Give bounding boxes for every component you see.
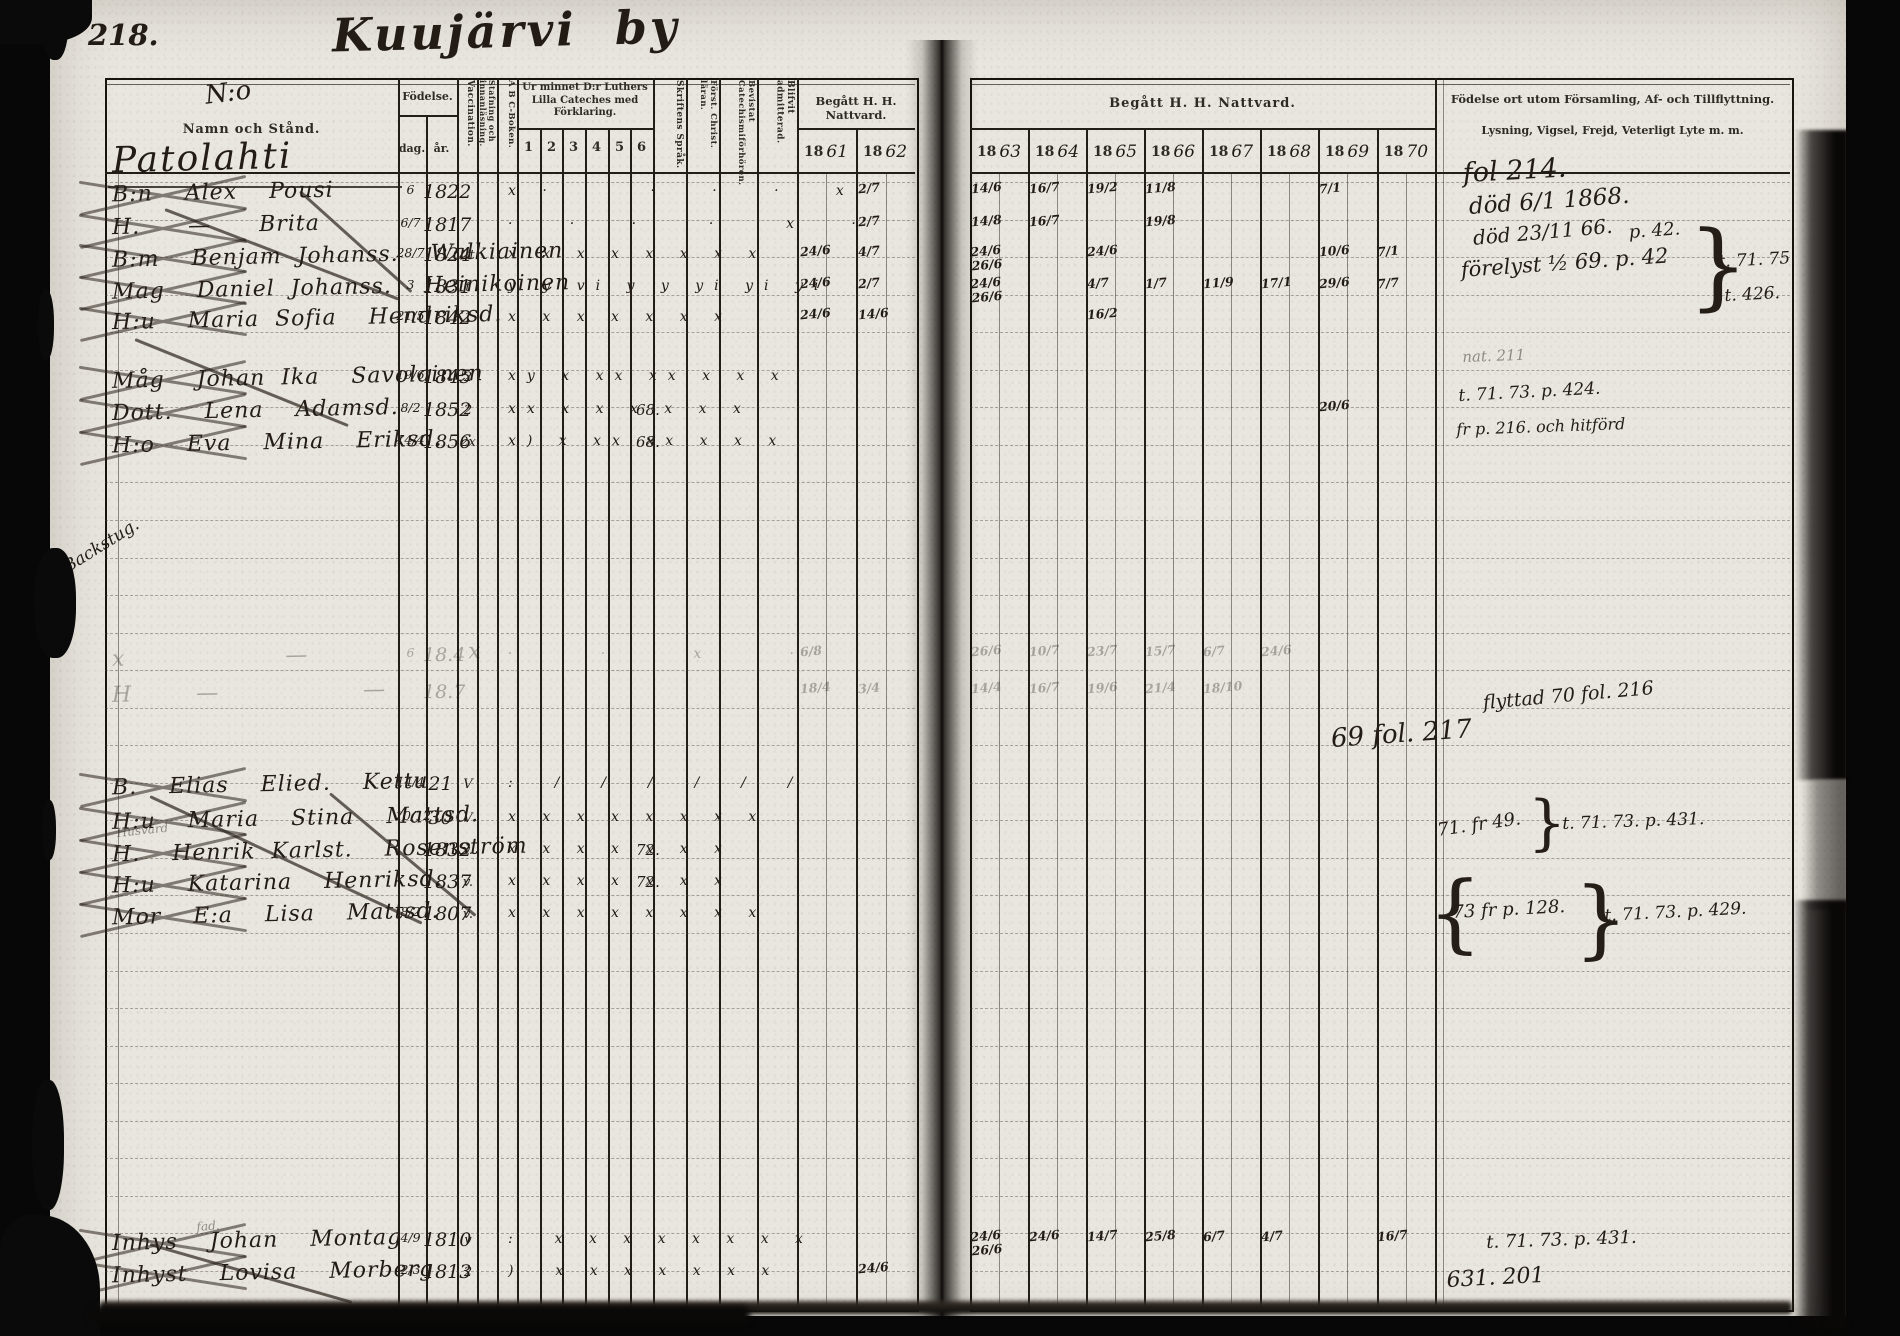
year-script-part: 63	[999, 142, 1021, 162]
margin-note: 631. 201	[1446, 1263, 1545, 1293]
communion-header-right: Begått H. H. Nattvard.	[970, 96, 1435, 111]
communion-date: 2/7	[858, 178, 915, 197]
year-printed-part: 18	[1325, 144, 1344, 160]
communion-date: 2/7	[858, 273, 915, 292]
communion-date: 16/7	[1029, 178, 1086, 197]
year-script-part: 67	[1231, 142, 1253, 162]
scripture-language-header: Skriftens Språk.	[657, 80, 684, 170]
communion-date: 17/1	[1261, 273, 1318, 292]
communion-date: 14/6	[971, 178, 1028, 197]
row-line	[105, 1121, 915, 1122]
birth-day: 19/6	[395, 369, 426, 381]
row-line	[105, 971, 915, 972]
communion-date: 18/10	[1203, 678, 1260, 697]
row-line	[970, 633, 1790, 634]
margin-note: t. 426.	[1724, 283, 1780, 306]
birth-day: 2/3	[395, 1264, 426, 1276]
cateches-col-number: 5	[608, 140, 631, 155]
communion-date: 24/6	[858, 1258, 915, 1277]
communion-date: 24/6	[1261, 641, 1318, 660]
ledger-entry-row: Mag Daniel Johanss. Heinikoinen31831ty y…	[0, 275, 1900, 309]
admitted-header: Blifvit admitterad.	[760, 80, 795, 170]
ledger-entry-row: H. Henrik Karlst. Rosenström1832v.x x x …	[0, 838, 1900, 872]
communion-date: 26/6	[971, 641, 1028, 660]
year-printed-part: 18	[1209, 144, 1228, 160]
margin-note: fol 214.	[1462, 153, 1567, 189]
birth-day: 8/2	[395, 906, 426, 918]
admitted-year: 72.	[636, 873, 660, 891]
grid-column-line	[826, 172, 827, 1306]
strike-mark	[78, 430, 248, 458]
grid-column-line	[1173, 172, 1174, 1306]
communion-date: 7/1	[1377, 241, 1434, 260]
film-edge-right	[1848, 0, 1900, 1336]
ledger-entry-row: H. — Brita6/71817· · · · x ·2/714/816/71…	[0, 213, 1900, 247]
communion-date: 20/6	[1319, 396, 1376, 415]
ledger-entry-row: Måg Johan Ika Savolainen19/618452xy x xx…	[0, 365, 1900, 399]
reading-marks: · · · · x ·	[508, 216, 867, 232]
strike-mark	[78, 1228, 248, 1256]
communion-date: 19/8	[1145, 211, 1202, 230]
birth-year: 1831	[423, 276, 458, 298]
communion-date: 7/7	[1377, 273, 1434, 292]
communion-date: 11/8	[1145, 178, 1202, 197]
birth-year: 1842	[423, 307, 458, 329]
cateches-col-number: 2	[540, 140, 563, 155]
grid-column-line	[1289, 172, 1290, 1306]
vaccination-mark: V	[458, 777, 478, 792]
communion-year-label: 1867	[1202, 134, 1260, 170]
communion-date: 24/6 26/6	[970, 241, 1028, 273]
reading-marks: ) x x x x x x x	[508, 1263, 780, 1279]
birth-day: 6	[395, 184, 426, 196]
ledger-entry-row: x — x618.4· · x ·6/826/610/723/715/76/72…	[0, 643, 1900, 677]
communion-year-label: 1861	[797, 134, 855, 170]
film-streak	[1795, 130, 1848, 780]
communion-date: 4/7	[858, 241, 915, 260]
communion-date: 24/6	[800, 273, 857, 292]
cateches-col-number: 1	[517, 140, 540, 155]
communion-date: 6/7	[1203, 641, 1260, 660]
page-number: 218.	[88, 18, 159, 52]
year-printed-part: 18	[977, 144, 996, 160]
communion-date: 14/8	[971, 211, 1028, 230]
row-line	[970, 482, 1790, 483]
vaccination-mark: 2t	[458, 248, 478, 263]
birth-day: 6	[395, 647, 426, 659]
communion-date: 15/7	[1145, 641, 1202, 660]
birth-year: 1817	[423, 214, 458, 236]
entry-name: H — —	[112, 677, 387, 708]
strike-mark	[78, 1260, 248, 1288]
margin-note: fad.	[196, 1218, 220, 1234]
birth-day: 4/9	[395, 1232, 426, 1244]
brace-mark: }	[1528, 796, 1566, 850]
birth-year: 18.7	[423, 681, 458, 703]
communion-date: 18/4	[800, 678, 857, 697]
communion-date: 14/6	[858, 304, 915, 323]
admitted-year: 68.	[636, 401, 660, 419]
margin-note: p. 42.	[1628, 218, 1681, 243]
birth-year: 1810	[423, 1229, 458, 1251]
communion-date: 24/6 26/6	[970, 273, 1028, 305]
vaccination-mark: 1	[458, 311, 478, 326]
communion-date: 11/9	[1203, 273, 1260, 292]
margin-note: nat. 211	[1462, 346, 1525, 366]
year-script-part: 62	[885, 142, 907, 162]
communion-date: 19/6	[1087, 678, 1144, 697]
birth-year-header: år.	[426, 142, 457, 155]
film-streak	[1802, 780, 1848, 910]
year-script-part: 66	[1173, 142, 1195, 162]
village-title: Kuujärvi by	[331, 0, 680, 63]
ledger-entry-row: H:o Eva Mina Eriksd.14/418562xx) x xx xx…	[0, 430, 1900, 464]
grid-column-line	[886, 172, 887, 1306]
ledger-entry-row: B. Elias Elied. Kettu14/421V: / / / / / …	[0, 772, 1900, 806]
strike-mark	[78, 838, 248, 866]
ledger-entry-row: H:u Maria Sofia Hendriksd.21/518421x x x…	[0, 306, 1900, 340]
row-line	[105, 595, 915, 596]
communion-date: 24/6	[800, 241, 857, 260]
vaccination-mark: v.	[458, 843, 478, 858]
birth-day: 14/4	[395, 776, 426, 788]
film-blotch	[32, 1080, 64, 1210]
reading-marks: : x x x x x x x x	[508, 1231, 814, 1247]
reading-marks: x · · · · x	[508, 183, 855, 199]
communion-date: 2/7	[858, 211, 915, 230]
vaccination-mark: 2x	[458, 435, 478, 450]
grid-column-line	[999, 172, 1000, 1306]
vaccination-mark: v.	[458, 907, 478, 922]
spelling-reading-header: Stafning och innanläsning.	[479, 80, 496, 170]
communion-date: 6/8	[800, 641, 857, 660]
birth-year: 30	[423, 807, 458, 829]
grid-column-line	[1057, 172, 1058, 1306]
communion-date: 16/7	[1029, 211, 1086, 230]
year-script-part: 61	[826, 142, 848, 162]
communion-date: 29/6	[1319, 273, 1376, 292]
birth-year: 1813	[423, 1261, 458, 1283]
strike-mark	[78, 213, 248, 241]
birth-year: 18.4	[423, 644, 458, 666]
communion-year-label: 1862	[856, 134, 914, 170]
communion-date: 14/4	[971, 678, 1028, 697]
birth-year: 21	[423, 773, 458, 795]
communion-date: 24/6	[1087, 241, 1144, 260]
margin-note: t. 71. 75.	[1718, 248, 1796, 272]
communion-date: 10/6	[1319, 241, 1376, 260]
communion-date: 7/1	[1319, 178, 1376, 197]
admitted-year: 72.	[636, 841, 660, 859]
reading-marks: x x x x x x x	[508, 841, 733, 857]
communion-year-label: 1870	[1377, 134, 1435, 170]
birth-day: 3	[395, 279, 426, 291]
reading-marks: x x x x x x x x	[508, 246, 767, 262]
abc-book-header: A B C-Boken.	[500, 80, 515, 170]
year-script-part: 65	[1115, 142, 1137, 162]
year-printed-part: 18	[863, 144, 882, 160]
row-line	[105, 633, 915, 634]
ledger-entry-row: Inhyst Lovisa Morberg2/318132) x x x x x…	[0, 1260, 1900, 1294]
birth-year: 1824	[423, 244, 458, 266]
row-line	[970, 971, 1790, 972]
reading-marks: : / / / / / /	[508, 775, 803, 791]
communion-date: 24/6 26/6	[970, 1226, 1028, 1258]
year-script-part: 68	[1289, 142, 1311, 162]
row-line	[105, 1083, 915, 1084]
year-script-part: 64	[1057, 142, 1079, 162]
communion-date: 16/7	[1377, 1226, 1434, 1245]
communion-date: 4/7	[1087, 273, 1144, 292]
row-line	[970, 1121, 1790, 1122]
cateches-col-number: 4	[585, 140, 608, 155]
communion-year-label: 1863	[970, 134, 1028, 170]
row-line	[105, 482, 915, 483]
catechism-header: Ur minnet D:r Luthers Lilla Cateches med…	[519, 82, 651, 120]
row-line	[970, 1008, 1790, 1009]
film-streak	[1793, 900, 1848, 1330]
christian-doctrine-header: Först. Christ. läran.	[689, 80, 717, 170]
strike-mark	[78, 902, 248, 930]
reading-marks: x x x x x x x	[508, 873, 733, 889]
birth-year: 1856	[423, 431, 458, 453]
scanned-ledger-photo: 218. Kuujärvi by N:o Namn och Stånd. Föd…	[0, 0, 1900, 1336]
strike-mark	[78, 306, 248, 334]
birth-day: 6/7	[395, 217, 426, 229]
vaccination-mark: v.	[458, 875, 478, 890]
row-line	[105, 558, 915, 559]
communion-year-label: 1864	[1028, 134, 1086, 170]
communion-date: 24/6	[1029, 1226, 1086, 1245]
birth-day: 8/2	[395, 402, 426, 414]
year-script-part: 70	[1406, 142, 1428, 162]
no-column-header: N:o	[203, 75, 253, 110]
strike-mark	[78, 398, 248, 426]
row-line	[105, 1008, 915, 1009]
row-line	[970, 1083, 1790, 1084]
strike-mark	[78, 180, 248, 208]
year-printed-part: 18	[1384, 144, 1403, 160]
birth-year: 1837	[423, 871, 458, 893]
communion-date: 14/7	[1087, 1226, 1144, 1245]
year-printed-part: 18	[1035, 144, 1054, 160]
vaccination-header: Vaccination.	[460, 80, 475, 170]
film-blotch	[38, 290, 54, 360]
row-line	[970, 1046, 1790, 1047]
reading-marks: xx x x x x x x	[508, 401, 752, 417]
vaccination-mark: 2	[458, 1265, 478, 1280]
vaccination-mark: 2	[458, 403, 478, 418]
communion-date: 19/2	[1087, 178, 1144, 197]
reading-marks: y y vi y y yi yi yi	[508, 278, 829, 294]
film-blotch	[42, 0, 68, 60]
communion-date: 10/7	[1029, 641, 1086, 660]
row-line	[970, 595, 1790, 596]
communion-date: 16/2	[1087, 304, 1144, 323]
communion-year-label: 1865	[1086, 134, 1144, 170]
birth-year: 1845	[423, 366, 458, 388]
film-blotch	[34, 548, 76, 658]
strike-mark	[78, 275, 248, 303]
film-blotch	[42, 800, 56, 860]
row-line	[105, 1196, 915, 1197]
year-printed-part: 18	[1267, 144, 1286, 160]
row-line	[970, 1196, 1790, 1197]
inner-border-line	[970, 84, 1790, 85]
communion-year-label: 1866	[1144, 134, 1202, 170]
strike-mark	[78, 365, 248, 393]
vaccination-mark: t	[458, 280, 478, 295]
birth-column-header: Födelse.	[398, 90, 457, 103]
reading-marks: x x x x x x x x	[508, 809, 767, 825]
header-bottom-line	[970, 172, 1790, 174]
row-line	[105, 1158, 915, 1159]
year-script-part: 69	[1347, 142, 1369, 162]
strike-mark	[78, 243, 248, 271]
strike-mark	[78, 772, 248, 800]
vaccination-mark: v	[458, 1233, 478, 1248]
year-printed-part: 18	[1093, 144, 1112, 160]
vaccination-mark: V	[458, 811, 478, 826]
row-line	[970, 520, 1790, 521]
row-line	[105, 745, 915, 746]
notes-column-header-line2: Lysning, Vigsel, Frejd, Veterligt Lyte m…	[1440, 124, 1785, 137]
communion-year-label: 1868	[1260, 134, 1318, 170]
communion-header-left: Begått H. H. Nattvard.	[797, 94, 915, 122]
page-bottom-shadow-dark	[90, 1306, 750, 1324]
vaccination-mark: 2	[458, 370, 478, 385]
reading-marks: · · x ·	[508, 646, 805, 662]
cateches-col-number: 6	[630, 140, 653, 155]
birth-day: 28/7	[395, 247, 426, 259]
cateches-col-number: 3	[562, 140, 585, 155]
communion-date: 21/4	[1145, 678, 1202, 697]
communion-date: 3/4	[858, 678, 915, 697]
communion-date: 24/6	[800, 304, 857, 323]
year-printed-part: 18	[804, 144, 823, 160]
attended-examinations-header: Bevistat Catechismiförhören.	[722, 80, 755, 170]
communion-date: 6/7	[1203, 1226, 1260, 1245]
birth-day: 10/12	[395, 810, 426, 822]
row-line	[105, 520, 915, 521]
communion-date: 1/7	[1145, 273, 1202, 292]
grid-column-line	[1231, 172, 1232, 1306]
grid-column-line	[118, 172, 119, 1306]
notes-column-header-line1: Födelse ort utom Församling, Af- och Til…	[1440, 92, 1785, 106]
row-line	[970, 1158, 1790, 1159]
admitted-year: 68.	[636, 433, 660, 451]
birth-year: 1822	[423, 181, 458, 203]
communion-date: 4/7	[1261, 1226, 1318, 1245]
row-line	[105, 1046, 915, 1047]
communion-date: 16/7	[1029, 678, 1086, 697]
grid-column-line	[1115, 172, 1116, 1306]
communion-date: 25/8	[1145, 1226, 1202, 1245]
birth-day-header: dag.	[398, 142, 426, 155]
birth-year: 1832	[423, 839, 458, 861]
name-column-header: Namn och Stånd.	[105, 122, 398, 137]
reading-marks: x x x x x x x x	[508, 905, 767, 921]
birth-year: 1852	[423, 399, 458, 421]
reading-marks: xy x xx xx x x x	[508, 368, 790, 384]
row-line	[970, 558, 1790, 559]
birth-day: 21/5	[395, 310, 426, 322]
communion-date: 23/7	[1087, 641, 1144, 660]
birth-day: 14/4	[395, 434, 426, 446]
reading-marks: x x x x x x x	[508, 309, 733, 325]
strike-mark	[78, 870, 248, 898]
farm-section-heading: Patolahti	[111, 136, 292, 182]
birth-year: 1807	[423, 903, 458, 925]
year-printed-part: 18	[1151, 144, 1170, 160]
communion-year-label: 1869	[1318, 134, 1376, 170]
